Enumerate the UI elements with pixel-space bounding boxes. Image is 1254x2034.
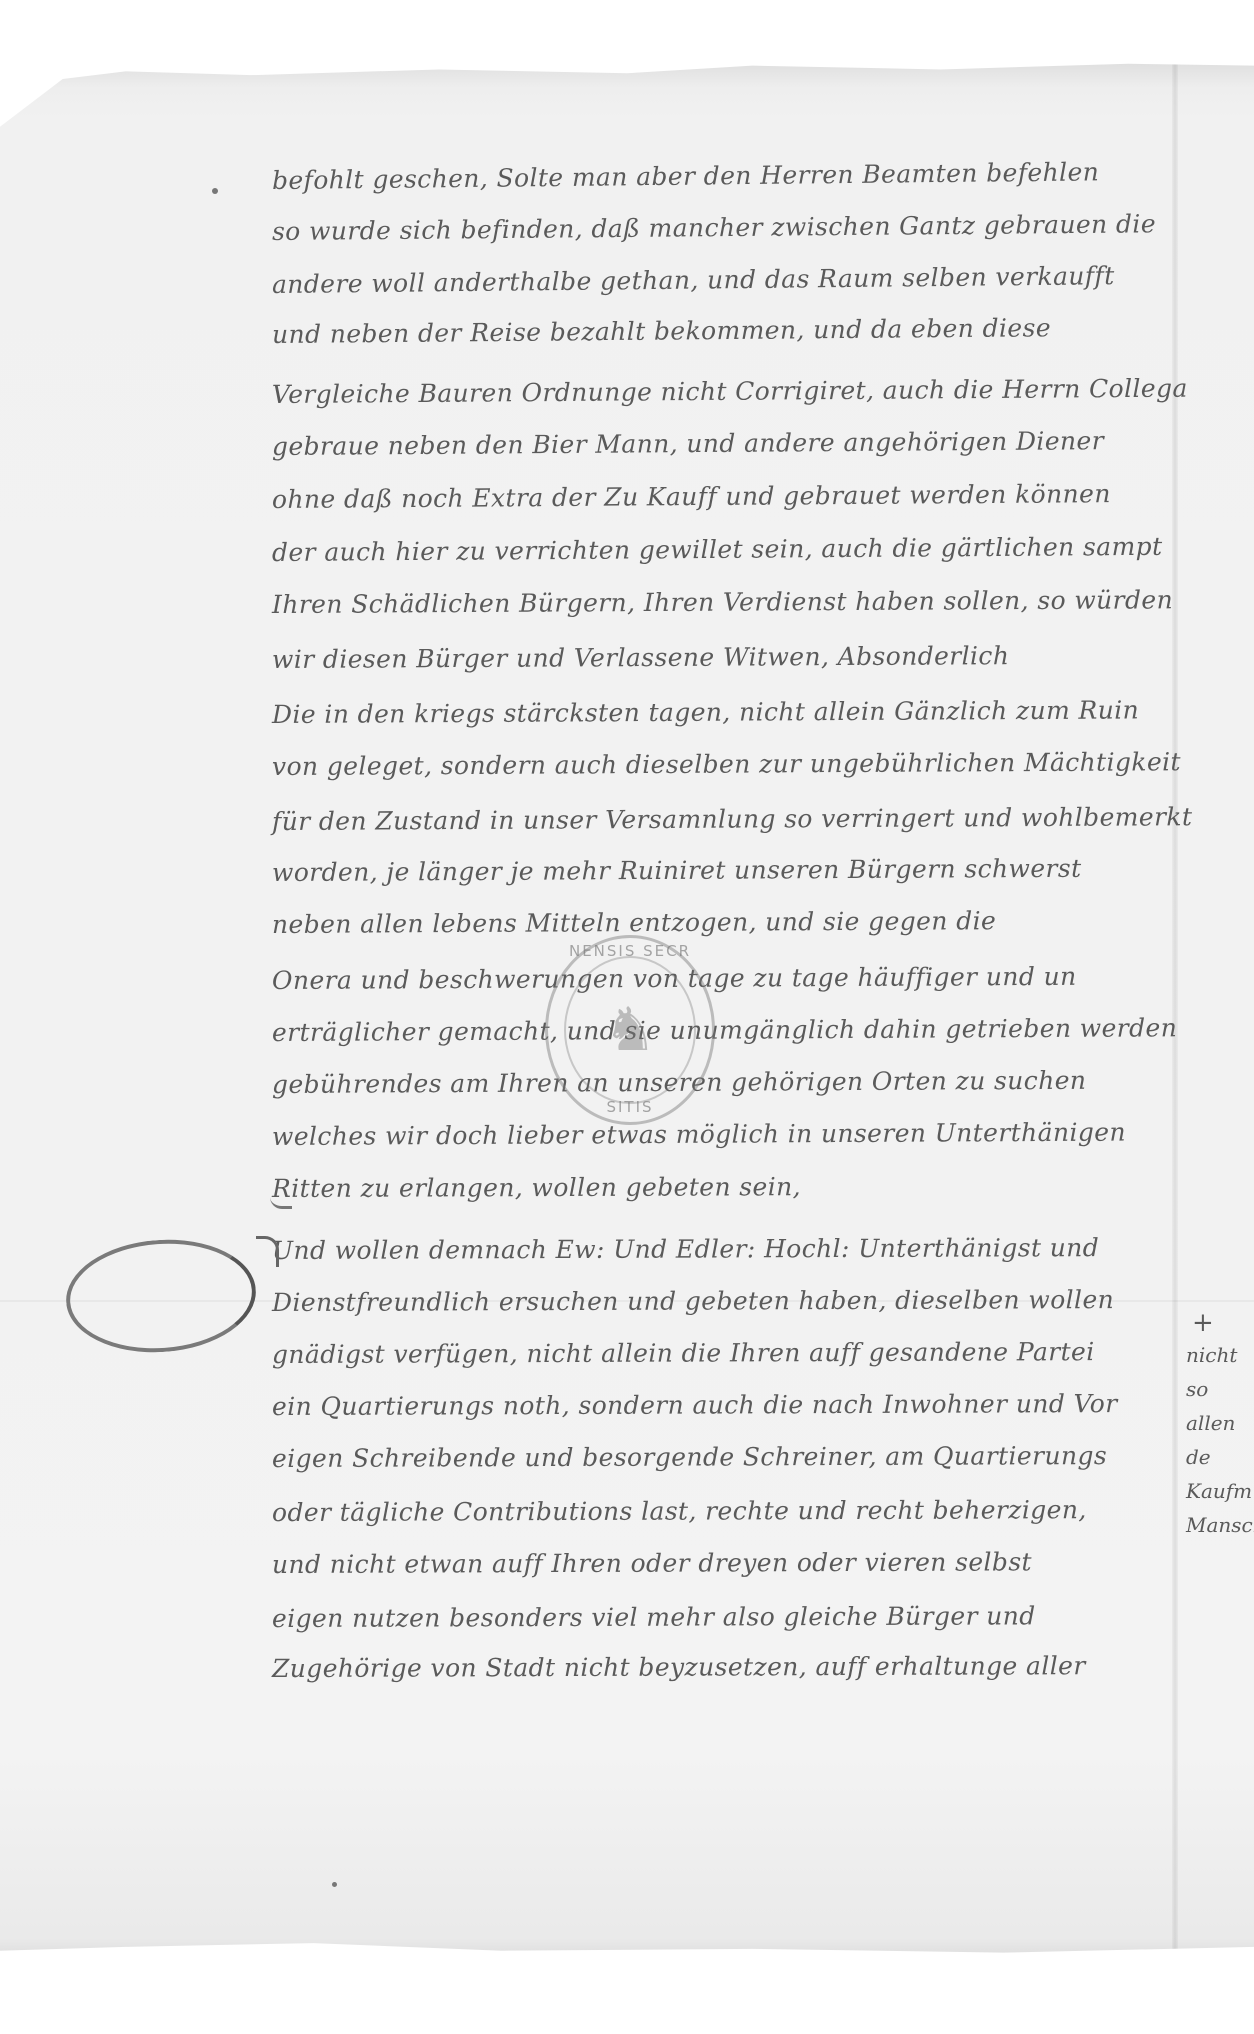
text-line: von geleget, sondern auch dieselben zur … [272,747,1181,781]
text-line: Zugehörige von Stadt nicht beyzusetzen, … [272,1651,1086,1683]
margin-note-line: allen de [1186,1406,1254,1474]
text-line: ohne daß noch Extra der Zu Kauff und geb… [272,479,1111,514]
text-line: eigen nutzen besonders viel mehr also gl… [272,1601,1036,1633]
margin-note-line: Mansch [1186,1508,1254,1542]
text-line: der auch hier zu verrichten gewillet sei… [272,532,1163,567]
stamp-legend-top: NENSIS SECR [548,942,712,960]
text-line: Dienstfreundlich ersuchen und gebeten ha… [272,1285,1114,1317]
text-line: Die in den kriegs stärcksten tagen, nich… [272,695,1139,729]
text-line: Ritten zu erlangen, wollen gebeten sein, [272,1172,801,1203]
ink-spot [332,1882,337,1887]
margin-note: + nicht so allen de Kaufm Mansch [1186,1308,1254,1542]
text-line: für den Zustand in unser Versamnlung so … [272,802,1193,836]
text-line: ein Quartierungs noth, sondern auch die … [272,1389,1118,1421]
lion-emblem-icon: ♞ [603,995,657,1065]
text-line: Und wollen demnach Ew: Und Edler: Hochl:… [272,1233,1099,1265]
text-line: erträglicher gemacht, und sie unumgängli… [272,1013,1177,1047]
text-line: und nicht etwan auff Ihren oder dreyen o… [272,1547,1032,1579]
text-line: worden, je länger je mehr Ruiniret unser… [272,854,1082,887]
text-line: Ihren Schädlichen Bürgern, Ihren Verdien… [272,585,1173,619]
bracket-flourish [256,1236,279,1267]
text-line: welches wir doch lieber etwas möglich in… [272,1118,1126,1151]
plus-mark-icon: + [1192,1308,1254,1338]
archive-stamp: NENSIS SECR ♞ SITIS [545,935,715,1125]
text-line: gebraue neben den Bier Mann, und andere … [272,426,1104,461]
text-line: eigen Schreibende und besorgende Schrein… [272,1441,1107,1473]
ink-spot [212,188,218,194]
text-line: gnädigst verfügen, nicht allein die Ihre… [272,1337,1095,1369]
margin-note-line: Kaufm [1186,1474,1254,1508]
text-line: wir diesen Bürger und Verlassene Witwen,… [272,641,1009,674]
stamp-legend-bottom: SITIS [548,1098,712,1116]
text-line: oder tägliche Contributions last, rechte… [272,1495,1087,1527]
text-line: neben allen lebens Mitteln entzogen, und… [272,906,996,939]
margin-note-line: nicht so [1186,1338,1254,1406]
